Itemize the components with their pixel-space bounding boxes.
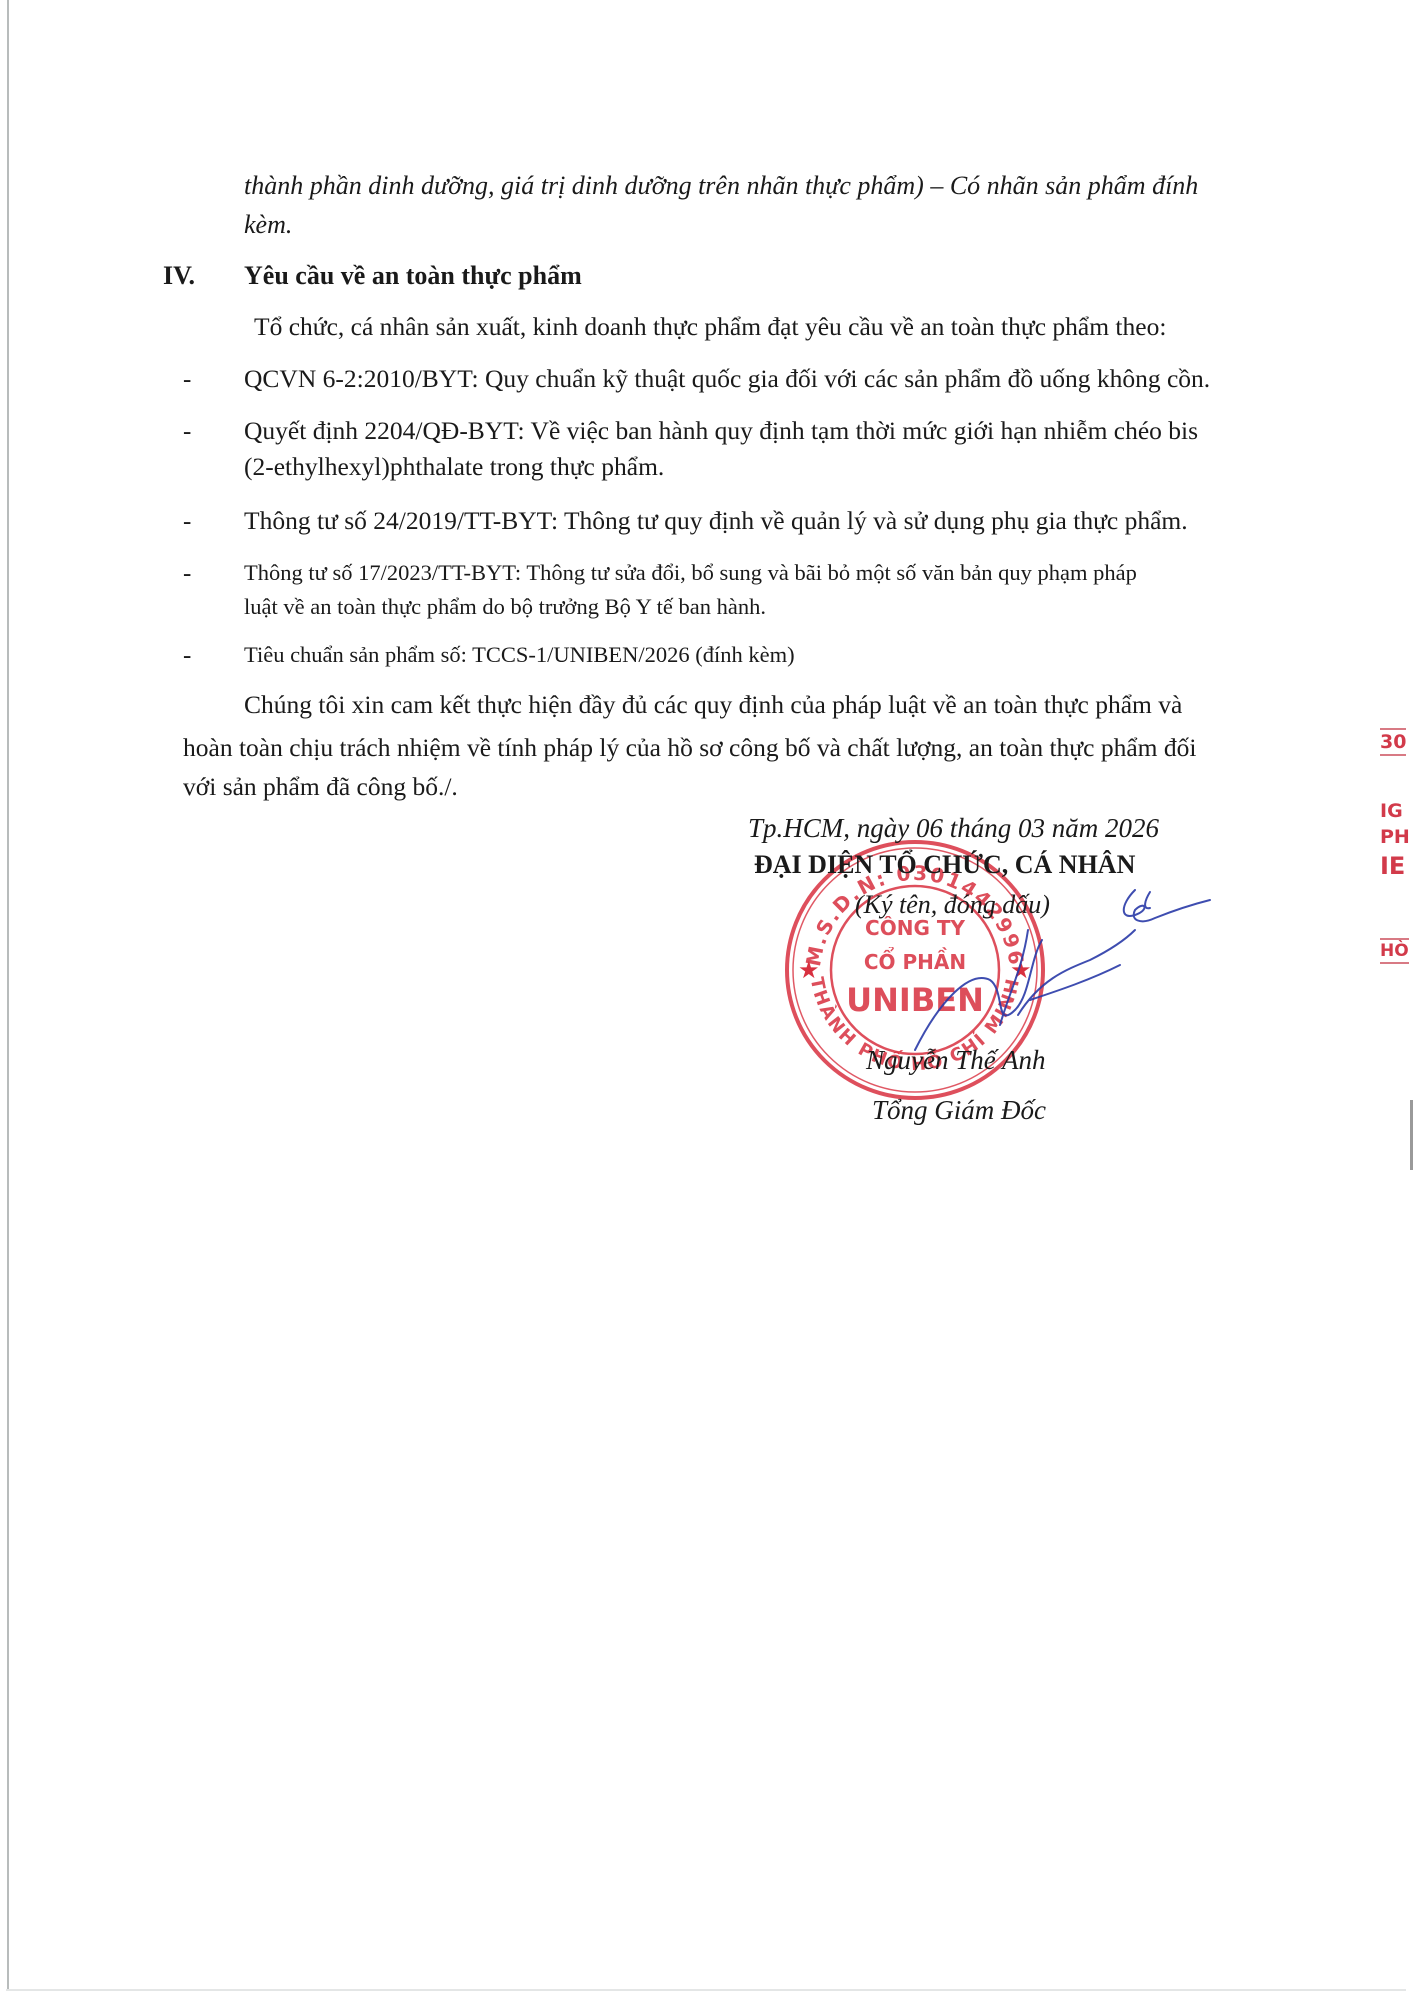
signer-title: Tổng Giám Đốc <box>872 1095 1046 1125</box>
scan-bottom-edge <box>6 1989 1406 1991</box>
edge-stamp-fragment: IE <box>1380 852 1405 880</box>
list-item-text: Thông tư số 24/2019/TT-BYT: Thông tư quy… <box>244 506 1188 536</box>
section-title: Yêu cầu về an toàn thực phẩm <box>244 261 582 291</box>
edge-stamp-fragment: HÒ <box>1380 938 1409 964</box>
edge-stamp-fragment: 30 <box>1380 728 1406 756</box>
list-item-text: QCVN 6-2:2010/BYT: Quy chuẩn kỹ thuật qu… <box>244 364 1210 394</box>
list-item-text: (2-ethylhexyl)phthalate trong thực phẩm. <box>244 452 664 482</box>
commitment-line-1: Chúng tôi xin cam kết thực hiện đầy đủ c… <box>244 690 1182 720</box>
list-item-text: Thông tư số 17/2023/TT-BYT: Thông tư sửa… <box>244 558 1137 588</box>
list-item-text: Tiêu chuẩn sản phẩm số: TCCS-1/UNIBEN/20… <box>244 640 795 670</box>
commitment-line-2: hoàn toàn chịu trách nhiệm về tính pháp … <box>183 733 1196 763</box>
section-number: IV. <box>163 261 195 291</box>
handwritten-signature <box>790 830 1220 1090</box>
scan-left-edge <box>7 0 9 1990</box>
continuation-line-1: thành phần dinh dưỡng, giá trị dinh dưỡn… <box>244 171 1198 201</box>
bullet-dash: - <box>183 417 191 447</box>
continuation-line-2: kèm. <box>244 210 292 240</box>
commitment-line-3: với sản phẩm đã công bố./. <box>183 772 458 802</box>
bullet-dash: - <box>183 507 191 537</box>
bullet-dash: - <box>183 365 191 395</box>
edge-stamp-fragment: IG <box>1380 800 1403 822</box>
list-item-text: luật về an toàn thực phẩm do bộ trưởng B… <box>244 592 766 622</box>
scan-right-mark <box>1410 1100 1413 1170</box>
bullet-dash: - <box>183 559 191 589</box>
edge-stamp-fragment: PH <box>1380 826 1410 848</box>
list-item-text: Quyết định 2204/QĐ-BYT: Về việc ban hành… <box>244 416 1198 446</box>
section-intro: Tổ chức, cá nhân sản xuất, kinh doanh th… <box>254 312 1166 342</box>
bullet-dash: - <box>183 641 191 671</box>
